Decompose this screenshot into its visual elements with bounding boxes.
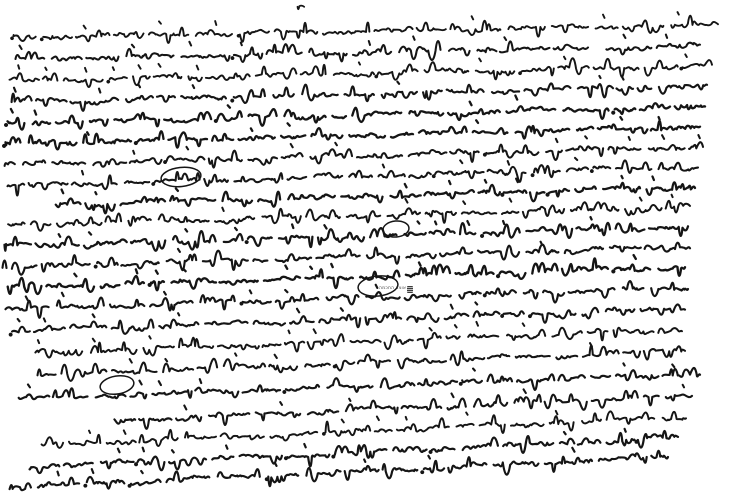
handwritten-line	[11, 12, 718, 43]
handwritten-line	[16, 35, 701, 62]
watermark-text: אוצר החכמה	[379, 287, 406, 292]
otzar-hachochma-watermark: אוצר החכמה	[379, 285, 413, 294]
manuscript-page: אוצר החכמה	[0, 0, 730, 500]
otzar-hachochma-logo-icon	[407, 286, 413, 293]
handwritten-line	[56, 176, 695, 213]
handwriting-svg	[0, 0, 730, 500]
hand-drawn-circle-annotation	[99, 373, 135, 396]
handwritten-line	[8, 195, 690, 231]
handwritten-line	[298, 6, 305, 9]
handwritten-line	[5, 135, 703, 167]
handwritten-line	[8, 158, 699, 196]
handwritten-line	[5, 281, 688, 318]
handwritten-line	[12, 76, 707, 111]
handwritten-line	[37, 343, 685, 381]
handwritten-line	[4, 217, 688, 251]
